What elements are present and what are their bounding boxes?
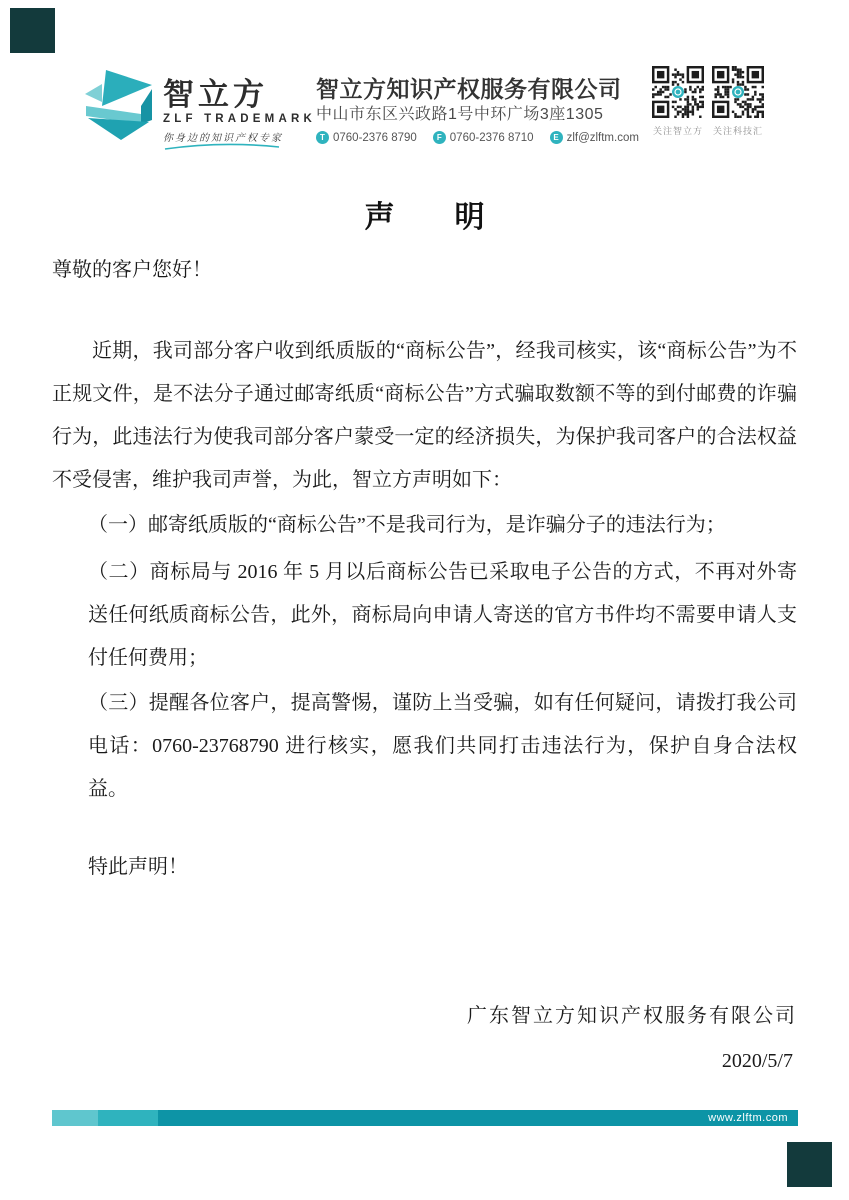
email-icon: E xyxy=(550,131,563,144)
logo-block: 智立方 ZLF TRADEMARK 你身边的知识产权专家 xyxy=(85,64,316,151)
logo-slogan: 你身边的知识产权专家 xyxy=(163,129,316,144)
fax-icon: F xyxy=(433,131,446,144)
footer-bar: www.zlftm.com xyxy=(52,1110,798,1126)
phone-icon: T xyxy=(316,131,329,144)
contact-row: T 0760-2376 8790 F 0760-2376 8710 E zlf@… xyxy=(316,131,646,144)
contact-fax: F 0760-2376 8710 xyxy=(433,131,534,144)
qr-block: 关注智立方 关注科技汇 xyxy=(652,66,764,137)
footer-bar-segment-mid xyxy=(98,1110,158,1126)
document-page: 智立方 ZLF TRADEMARK 你身边的知识产权专家 智立方知识产权服务有限… xyxy=(0,0,849,1200)
logo-text: 智立方 ZLF TRADEMARK 你身边的知识产权专家 xyxy=(163,64,316,151)
footer-website: www.zlftm.com xyxy=(708,1112,798,1124)
contact-email-value: zlf@zlftm.com xyxy=(567,132,639,144)
statement-item-3: （三）提醒各位客户，提高警惕，谨防上当受骗，如有任何疑问，请拨打我公司电话：07… xyxy=(88,682,797,811)
qr-caption-kejihui: 关注科技汇 xyxy=(712,124,764,137)
qr-code-zhilifang-icon xyxy=(652,66,704,118)
contact-phone: T 0760-2376 8790 xyxy=(316,131,417,144)
qr-figure-zhilifang: 关注智立方 xyxy=(652,66,704,137)
statement-item-2: （二）商标局与 2016 年 5 月以后商标公告已采取电子公告的方式，不再对外寄… xyxy=(88,551,797,680)
statement-paragraph: 近期，我司部分客户收到纸质版的“商标公告”，经我司核实，该“商标公告”为不正规文… xyxy=(52,330,797,502)
statement-item-1: （一）邮寄纸质版的“商标公告”不是我司行为，是诈骗分子的违法行为； xyxy=(88,504,797,547)
statement-title: 声 明 xyxy=(52,196,797,240)
signature-company: 广东智立方知识产权服务有限公司 xyxy=(467,1002,797,1030)
greeting: 尊敬的客户您好！ xyxy=(52,256,797,284)
statement-body: 声 明 尊敬的客户您好！ 近期，我司部分客户收到纸质版的“商标公告”，经我司核实… xyxy=(52,196,797,881)
qr-code-kejihui-icon xyxy=(712,66,764,118)
cube-logo-icon xyxy=(85,64,153,140)
closing-statement: 特此声明！ xyxy=(88,853,797,881)
corner-accent-bottom-right xyxy=(787,1142,832,1187)
footer-bar-segment-light xyxy=(52,1110,98,1126)
qr-caption-zhilifang: 关注智立方 xyxy=(652,124,704,137)
contact-phone-value: 0760-2376 8790 xyxy=(333,132,417,144)
qr-figure-kejihui: 关注科技汇 xyxy=(712,66,764,137)
signature-date: 2020/5/7 xyxy=(722,1047,793,1075)
footer-bar-segment-main: www.zlftm.com xyxy=(158,1110,798,1126)
contact-fax-value: 0760-2376 8710 xyxy=(450,132,534,144)
company-name: 智立方知识产权服务有限公司 xyxy=(316,76,646,102)
logo-name-en: ZLF TRADEMARK xyxy=(163,113,316,125)
slogan-underline xyxy=(163,143,281,151)
company-info: 智立方知识产权服务有限公司 中山市东区兴政路1号中环广场3座1305 T 076… xyxy=(316,76,646,144)
logo-name-cn: 智立方 xyxy=(163,80,316,110)
letterhead: 智立方 ZLF TRADEMARK 你身边的知识产权专家 智立方知识产权服务有限… xyxy=(0,0,849,160)
contact-email: E zlf@zlftm.com xyxy=(550,131,639,144)
company-address: 中山市东区兴政路1号中环广场3座1305 xyxy=(316,105,646,125)
